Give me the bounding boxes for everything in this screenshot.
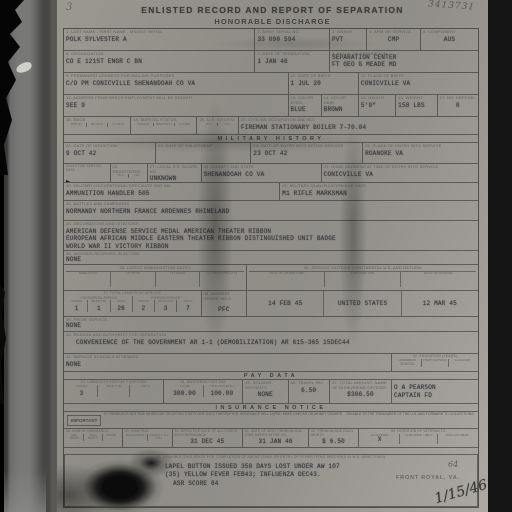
field-highest-grade: 38. HIGHEST GRADE HELD PFC [201,291,247,316]
field-travel-pay: 46. TRAVEL PAY 6.50 [288,380,329,403]
row-insurance-notice: IMPORTANT IF PREMIUM IS NOT PAID WHEN DU… [64,412,478,429]
field-reason: 40. REASON AND AUTHORITY FOR SEPARATION … [64,332,478,353]
field-prior-service: 39. PRIOR SERVICE NONE [64,317,478,331]
field-battles: 32. BATTLES AND CAMPAIGNS NORMANDY NORTH… [64,201,478,220]
field-premium-due: 52. PREMIUM DUE EACH MONTH $ 6.50 [308,429,358,447]
field-eyes: 13. COLOR EYES BLUE [288,95,321,116]
field-date-entry: 24. DATE OF ENTRY INTO ACTIVE SERVICE 23… [250,143,362,163]
row-address: 9. PERMANENT ADDRESS FOR MAILING PURPOSE… [64,73,478,95]
section-pay-data: PAY DATA [64,372,478,380]
field-grade: 3. GRADE PVT [329,29,366,50]
row-selective-service: SELECTIVE SERVICE DATA ▶ 26. REGISTERED … [64,164,478,183]
field-total-amount: 47. TOTAL AMOUNT, NAME OF DISBURSING OFF… [329,380,391,403]
field-arm: 4. ARM OR SERVICE CMP [366,29,420,50]
field-component: 5. COMPONENT AUS [420,29,478,50]
row-race-occupation: 18. RACE WHITE NEGRO OTHER 19. MARITAL S… [64,117,478,135]
field-immunization: 35. LATEST IMMUNIZATION DATES SMALLPOX T… [64,265,246,290]
row-reason: 40. REASON AND AUTHORITY FOR SEPARATION … [64,332,478,354]
field-next-premium: 51. DATE OF NEXT PREMIUM DUE (ONE MONTH … [242,429,308,447]
field-registered: 26. REGISTERED YES NO [110,164,147,182]
continental-service: CONTINENTAL SERVICE YEARS1 MONTHS1 DAYS2… [66,296,132,312]
page-edge [488,0,512,512]
section-insurance: INSURANCE NOTICE [64,404,478,412]
row-decorations: 33. DECORATIONS AND CITATIONS AMERICAN D… [64,221,478,251]
dark-blot [75,452,175,512]
field-organization: 6. ORGANIZATION CO E 121ST ENGR C BN [64,51,254,72]
field-voyage-data: 14 FEB 45 UNITED STATES 12 MAR 45 [246,291,478,316]
field-serial: 2. ARMY SERIAL NO. 33 090 594 [254,29,329,50]
row-prior-service: 39. PRIOR SERVICE NONE [64,317,478,332]
field-total-length: 37. TOTAL LENGTH OF SERVICE CONTINENTAL … [64,291,201,316]
row-pay: 43. LONGEVITY FOR PAY PURPOSES YEARS3 MO… [64,380,478,404]
field-hair: 14. COLOR HAIR BROWN [321,95,358,116]
field-how-paid: 49. HOW PAID ALLOTMENT DIRECT TO V.A. [122,429,172,447]
row-insurance-detail: 48. KIND OF INSURANCE NAT. SERV. U.S. GO… [64,429,478,448]
field-intention: 53. INTENTION OF VETERAN TO CONTINUEX CO… [358,429,478,447]
field-weight: 16. WEIGHT 158 LBS [395,95,436,116]
corner-mark: 3 [66,2,72,13]
row-service-length: 37. TOTAL LENGTH OF SERVICE CONTINENTAL … [64,291,478,317]
field-service-outside-header: 36. SERVICE OUTSIDE CONTINENTAL U.S. AND… [246,265,478,290]
field-soldier-deposits: 45. SOLDIER DEPOSITS NONE [242,380,288,403]
field-mustering-pay: 44. MUSTERING OUT PAY TOTAL300.00 THIS P… [163,380,242,403]
field-service-schools: 41. SERVICE SCHOOLS ATTENDED NONE [64,354,391,371]
field-mos: 30. MILITARY OCCUPATIONAL SPECIALTY AND … [64,183,279,200]
place-stamp: FRONT ROYAL, VA. [396,475,460,481]
field-date-induction: 22. DATE OF INDUCTION 9 OCT 42 [64,143,155,163]
row-schools-education: 41. SERVICE SCHOOLS ATTENDED NONE 42. ED… [64,354,478,372]
field-kind-insurance: 48. KIND OF INSURANCE NAT. SERV. U.S. GO… [64,429,122,447]
scanned-discharge-document: ENLISTED RECORD AND REPORT OF SEPARATION… [0,0,512,512]
foreign-service: FOREIGN SERVICE YEARS2 MONTHS3 DAYS7 [132,296,199,312]
selective-service-header: SELECTIVE SERVICE DATA ▶ [64,164,110,182]
field-longevity: 43. LONGEVITY FOR PAY PURPOSES YEARS3 MO… [64,380,163,403]
field-education: 42. EDUCATION (YEARS) GRAMMAR SCHOOL HIG… [391,354,478,371]
field-county-state: 28. COUNTY AND STATE SHENANDOAH CO VA [201,164,321,182]
field-date-birth: 10. DATE OF BIRTH 1 JUL 20 [288,73,358,94]
spine-highlight [4,470,46,512]
row-wounds: 34. WOUNDS RECEIVED IN ACTION NONE [64,251,478,265]
field-date-separation: 7. DATE OF SEPARATION 1 JAN 46 [254,51,329,72]
row-induction: 22. DATE OF INDUCTION 9 OCT 42 23. DATE … [64,143,478,164]
form-title: ENLISTED RECORD AND REPORT OF SEPARATION [57,5,488,15]
field-decorations: 33. DECORATIONS AND CITATIONS AMERICAN D… [64,221,478,250]
field-race: 18. RACE WHITE NEGRO OTHER [64,117,130,134]
important-label: IMPORTANT [67,415,101,426]
field-marital: 19. MARITAL STATUS SINGLE MARRIED OTHER [130,117,196,134]
row-identity: 1. LAST NAME - FIRST NAME - MIDDLE INITI… [64,29,478,51]
section-military-history: MILITARY HISTORY [64,135,478,143]
field-citizen: 20. U.S. CITIZEN YES NO [196,117,237,134]
field-employment-address: 12. ADDRESS FROM WHICH EMPLOYMENT WILL B… [64,95,288,116]
field-civilian-occupation: 21. CIVILIAN OCCUPATION AND NO. FIREMAN … [238,117,478,134]
separation-form: 1. LAST NAME - FIRST NAME - MIDDLE INITI… [63,28,479,508]
row-immunization-service: 35. LATEST IMMUNIZATION DATES SMALLPOX T… [64,265,478,291]
field-dependents: 17. NO. DEPEND. 0 [437,95,478,116]
row-battles: 32. BATTLES AND CAMPAIGNS NORMANDY NORTH… [64,201,478,221]
field-effective-date: 50. EFFECTIVE DATE OF ALLOTMENT DISCONTI… [172,429,242,447]
field-qualification: 31. MILITARY QUALIFICATION AND DATE M1 R… [279,183,478,200]
field-mailing-address: 9. PERMANENT ADDRESS FOR MAILING PURPOSE… [64,73,288,94]
field-place-separation: 8. PLACE OF SEPARATION SEPARATION CENTER… [329,51,478,72]
field-wounds: 34. WOUNDS RECEIVED IN ACTION NONE [64,251,478,264]
field-disbursing-officer: O A PEARSON CAPTAIN FD [391,380,478,403]
row-organization: 6. ORGANIZATION CO E 121ST ENGR C BN 7. … [64,51,478,73]
field-date-enlistment: 23. DATE OF ENLISTMENT [155,143,250,163]
field-home-address: 29. HOME ADDRESS AT TIME OF ENTRY INTO S… [321,164,478,182]
field-place-entry: 25. PLACE OF ENTRY INTO SERVICE ROANOKE … [362,143,478,163]
row-physical: 12. ADDRESS FROM WHICH EMPLOYMENT WILL B… [64,95,478,117]
field-local-board: 27. LOCAL S.S. BOARD NO. UNKNOWN [147,164,201,182]
field-place-birth: 11. PLACE OF BIRTH CONICVILLE VA [358,73,478,94]
arrow-right-icon: ▶ [66,178,72,182]
row-mos: 30. MILITARY OCCUPATIONAL SPECIALTY AND … [64,183,478,201]
field-height: 15. HEIGHT 5'9" [358,95,395,116]
insurance-fine-print: IF PREMIUM IS NOT PAID WHEN DUE OR WITHI… [104,412,475,429]
handwritten-note: 64 [448,460,458,469]
form-subtitle: HONORABLE DISCHARGE [57,17,488,26]
field-name: 1. LAST NAME - FIRST NAME - MIDDLE INITI… [64,29,254,50]
